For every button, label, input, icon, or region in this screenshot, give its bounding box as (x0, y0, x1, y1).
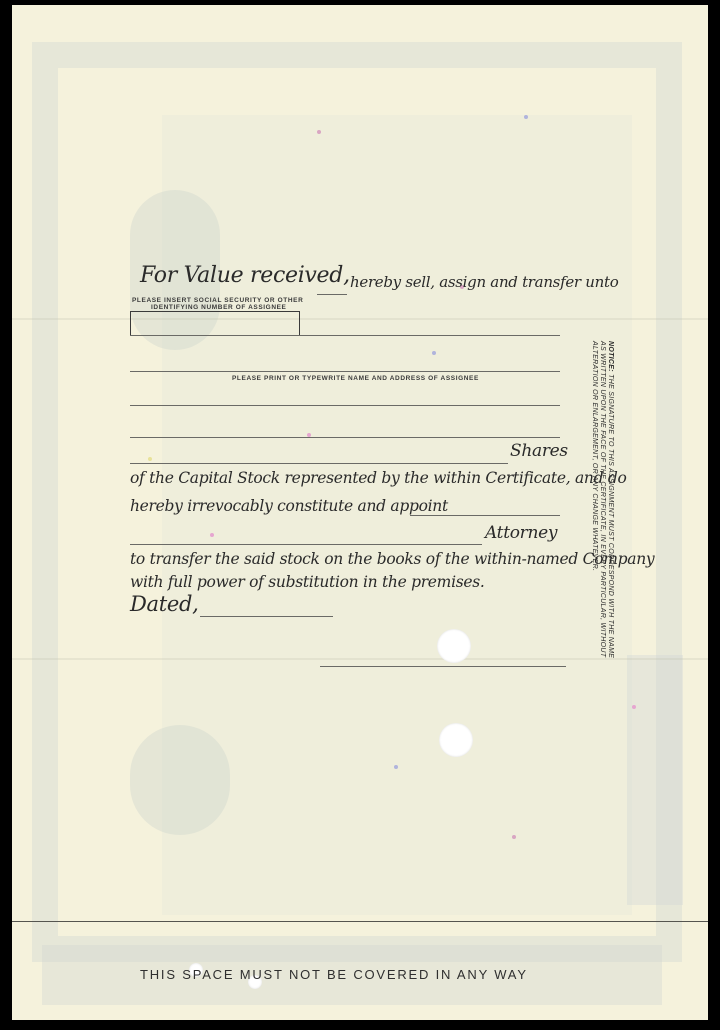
fold-crease (12, 318, 708, 320)
capital-stock-text: of the Capital Stock represented by the … (130, 469, 627, 487)
ssn-input-box[interactable] (130, 311, 300, 336)
ssn-label-line1: PLEASE INSERT SOCIAL SECURITY OR OTHER (132, 297, 303, 304)
name-address-line-2[interactable] (130, 405, 560, 406)
punch-hole (437, 629, 471, 663)
name-address-label: PLEASE PRINT OR TYPEWRITE NAME AND ADDRE… (232, 375, 479, 382)
paper-speck (432, 351, 436, 355)
shares-label: Shares (510, 441, 568, 461)
name-address-line-3[interactable] (130, 437, 560, 438)
shares-blank-line[interactable] (130, 463, 508, 464)
substitution-text: with full power of substitution in the p… (130, 573, 485, 591)
assignor-blank-line (317, 294, 347, 295)
paper-speck (394, 765, 398, 769)
ssn-row-line (130, 335, 560, 336)
paper-speck (524, 115, 528, 119)
notice-line-1: THE SIGNATURE TO THIS ASSIGNMENT MUST CO… (607, 374, 614, 658)
signature-line[interactable] (320, 666, 566, 667)
notice-line-2: AS WRITTEN UPON THE FACE OF THE CERTIFIC… (598, 341, 606, 658)
dated-label: Dated, (130, 592, 199, 616)
constitute-appoint-text: hereby irrevocably constitute and appoin… (130, 497, 448, 515)
ssn-label-line2: IDENTIFYING NUMBER OF ASSIGNEE (151, 304, 287, 311)
paper-speck (317, 130, 321, 134)
name-address-line-1[interactable] (130, 371, 560, 372)
paper-speck (632, 705, 636, 709)
bottom-divider (12, 921, 708, 922)
dated-blank-line[interactable] (200, 616, 333, 617)
fold-crease (12, 658, 708, 660)
signature-notice: NOTICE: THE SIGNATURE TO THIS ASSIGNMENT… (590, 341, 614, 658)
show-through-band (627, 655, 683, 905)
for-value-received-text: For Value received, (140, 263, 350, 288)
paper-speck (210, 533, 214, 537)
show-through-panel (162, 115, 632, 915)
notice-heading: NOTICE: (607, 341, 614, 372)
notice-line-3: ALTERATION OR ENLARGEMENT, OR ANY CHANGE… (590, 341, 598, 658)
paper-speck (148, 457, 152, 461)
do-not-cover-warning: THIS SPACE MUST NOT BE COVERED IN ANY WA… (140, 967, 528, 982)
punch-hole (439, 723, 473, 757)
paper-speck (512, 835, 516, 839)
appoint-blank-line[interactable] (410, 515, 560, 516)
transfer-text: to transfer the said stock on the books … (130, 550, 654, 568)
show-through-vignette-bottom (130, 725, 230, 835)
certificate-back-paper: For Value received, hereby sell, assign … (12, 5, 708, 1020)
attorney-blank-line[interactable] (130, 544, 482, 545)
attorney-label: Attorney (485, 523, 557, 543)
hereby-sell-text: hereby sell, assign and transfer unto (350, 273, 618, 291)
